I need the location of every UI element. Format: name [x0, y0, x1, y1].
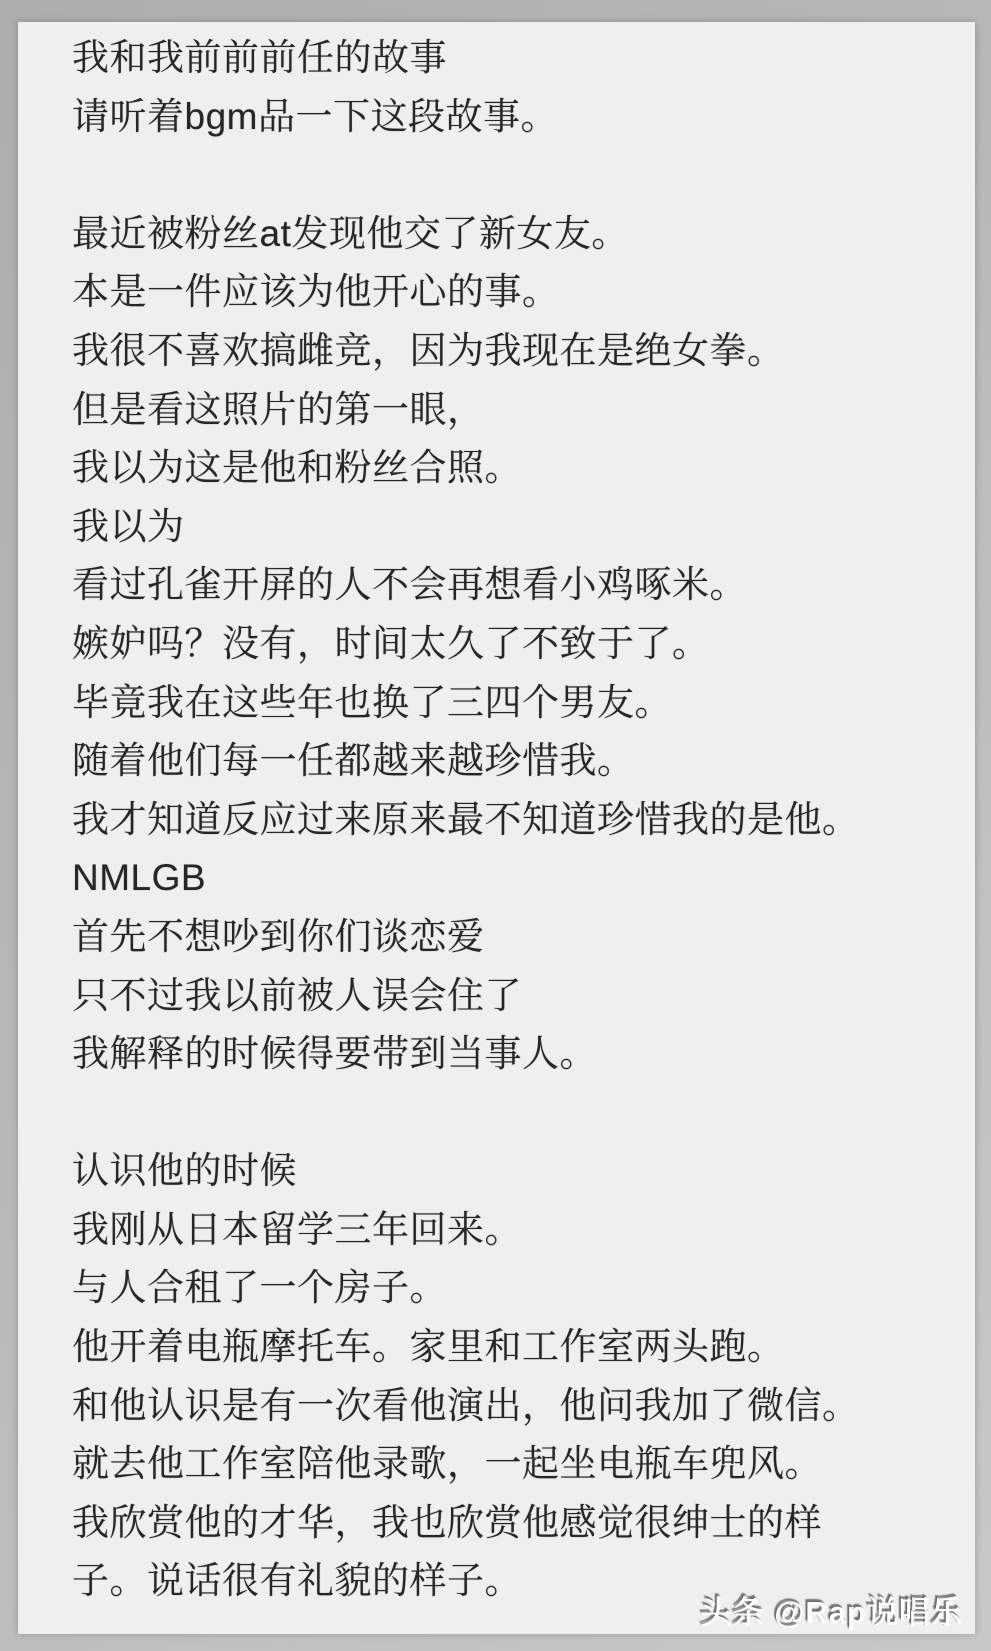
toutiao-watermark: 头条 @Rap说唱乐 [701, 1587, 963, 1632]
note-line: 最近被粉丝at发现他交了新女友。 [72, 205, 939, 264]
note-line: 看过孔雀开屏的人不会再想看小鸡啄米。 [72, 556, 939, 615]
note-line: 认识他的时候 [72, 1142, 939, 1201]
note-line: 和他认识是有一次看他演出，他问我加了微信。 [72, 1377, 939, 1436]
note-line: 我欣赏他的才华，我也欣赏他感觉很绅士的样 [72, 1494, 939, 1553]
note-line: 我和我前前前任的故事 [72, 29, 939, 88]
note-line: 请听着bgm品一下这段故事。 [72, 88, 939, 147]
note-line: 就去他工作室陪他录歌，一起坐电瓶车兜风。 [72, 1435, 939, 1494]
note-line: 随着他们每一任都越来越珍惜我。 [72, 732, 939, 791]
blank-line [72, 146, 939, 205]
note-line: 嫉妒吗？没有，时间太久了不致于了。 [72, 615, 939, 674]
screenshot-root: { "page": { "background_color_top": "#ad… [0, 0, 991, 1651]
note-line: 但是看这照片的第一眼， [72, 381, 939, 440]
note-line: 毕竟我在这些年也换了三四个男友。 [72, 674, 939, 733]
note-line: 首先不想吵到你们谈恋爱 [72, 908, 939, 967]
blank-line [72, 1084, 939, 1143]
note-line: 他开着电瓶摩托车。家里和工作室两头跑。 [72, 1318, 939, 1377]
note-line: 我才知道反应过来原来最不知道珍惜我的是他。 [72, 791, 939, 850]
note-line: 我以为 [72, 498, 939, 557]
note-line: 本是一件应该为他开心的事。 [72, 263, 939, 322]
note-line: 我很不喜欢搞雌竞，因为我现在是绝女拳。 [72, 322, 939, 381]
note-card: 我和我前前前任的故事请听着bgm品一下这段故事。 最近被粉丝at发现他交了新女友… [18, 22, 975, 1634]
note-line: 只不过我以前被人误会住了 [72, 967, 939, 1026]
note-line: 我解释的时候得要带到当事人。 [72, 1025, 939, 1084]
note-body: 我和我前前前任的故事请听着bgm品一下这段故事。 最近被粉丝at发现他交了新女友… [18, 22, 975, 1611]
note-line: NMLGB [72, 849, 939, 908]
note-line: 与人合租了一个房子。 [72, 1259, 939, 1318]
note-line: 我以为这是他和粉丝合照。 [72, 439, 939, 498]
note-line: 我刚从日本留学三年回来。 [72, 1201, 939, 1260]
